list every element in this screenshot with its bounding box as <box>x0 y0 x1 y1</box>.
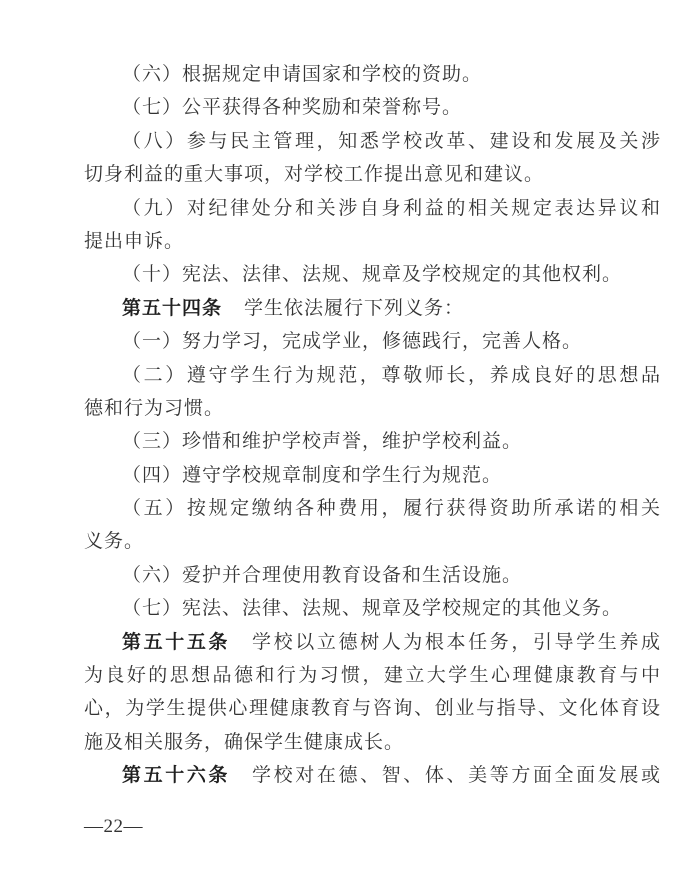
line-text: （一）努力学习，完成学业，修德践行，完善人格。 <box>122 331 582 352</box>
document-line: 义务。 <box>84 525 661 558</box>
document-line: （二）遵守学生行为规范，尊敬师长，养成良好的思想品 <box>84 359 661 392</box>
document-line: 为良好的思想品德和行为习惯，建立大学生心理健康教育与中 <box>84 659 661 692</box>
document-line: （七）宪法、法律、法规、规章及学校规定的其他义务。 <box>84 592 661 625</box>
line-text: 学校以立德树人为根本任务，引导学生养成 <box>252 632 661 653</box>
document-line: （三）珍惜和维护学校声誉，维护学校利益。 <box>84 425 661 458</box>
line-text: （七）宪法、法律、法规、规章及学校规定的其他义务。 <box>122 598 622 619</box>
article-number: 第五十六条 <box>122 765 230 786</box>
document-line: 心，为学生提供心理健康教育与咨询、创业与指导、文化体育设 <box>84 692 661 725</box>
document-line: （十）宪法、法律、法规、规章及学校规定的其他权利。 <box>84 258 661 291</box>
line-text: （八）参与民主管理，知悉学校改革、建设和发展及关涉 <box>122 131 661 152</box>
document-line: （八）参与民主管理，知悉学校改革、建设和发展及关涉 <box>84 125 661 158</box>
line-text: （二）遵守学生行为规范，尊敬师长，养成良好的思想品 <box>122 365 661 386</box>
line-text: 为良好的思想品德和行为习惯，建立大学生心理健康教育与中 <box>84 665 661 686</box>
line-text: 德和行为习惯。 <box>84 398 224 419</box>
line-text: 学生依法履行下列义务： <box>244 298 464 319</box>
document-line: 德和行为习惯。 <box>84 392 661 425</box>
document-line: 提出申诉。 <box>84 225 661 258</box>
document-line: 切身利益的重大事项，对学校工作提出意见和建议。 <box>84 158 661 191</box>
line-text: （四）遵守学校规章制度和学生行为规范。 <box>122 465 502 486</box>
line-text: （七）公平获得各种奖励和荣誉称号。 <box>122 97 462 118</box>
document-line: （七）公平获得各种奖励和荣誉称号。 <box>84 91 661 124</box>
document-line: 第五十五条学校以立德树人为根本任务，引导学生养成 <box>84 626 661 659</box>
document-line: （一）努力学习，完成学业，修德践行，完善人格。 <box>84 325 661 358</box>
line-text: 心，为学生提供心理健康教育与咨询、创业与指导、文化体育设 <box>84 698 661 719</box>
line-text: 切身利益的重大事项，对学校工作提出意见和建议。 <box>84 164 544 185</box>
line-text: 提出申诉。 <box>84 231 184 252</box>
line-text: （三）珍惜和维护学校声誉，维护学校利益。 <box>122 431 522 452</box>
line-text: （六）根据规定申请国家和学校的资助。 <box>122 64 482 85</box>
document-line: （六）根据规定申请国家和学校的资助。 <box>84 58 661 91</box>
article-number: 第五十五条 <box>122 632 230 653</box>
document-line: （六）爱护并合理使用教育设备和生活设施。 <box>84 559 661 592</box>
line-text: （九）对纪律处分和关涉自身利益的相关规定表达异议和 <box>122 198 661 219</box>
document-line: （五）按规定缴纳各种费用，履行获得资助所承诺的相关 <box>84 492 661 525</box>
document-line: （四）遵守学校规章制度和学生行为规范。 <box>84 459 661 492</box>
document-line: 第五十六条学校对在德、智、体、美等方面全面发展或 <box>84 759 661 792</box>
line-text: （五）按规定缴纳各种费用，履行获得资助所承诺的相关 <box>122 498 661 519</box>
document-line: 施及相关服务，确保学生健康成长。 <box>84 726 661 759</box>
line-text: 学校对在德、智、体、美等方面全面发展或 <box>252 765 661 786</box>
line-text: （六）爱护并合理使用教育设备和生活设施。 <box>122 565 522 586</box>
line-text: （十）宪法、法律、法规、规章及学校规定的其他权利。 <box>122 264 622 285</box>
line-text: 义务。 <box>84 531 144 552</box>
article-number: 第五十四条 <box>122 298 222 319</box>
line-text: 施及相关服务，确保学生健康成长。 <box>84 732 404 753</box>
document-body: （六）根据规定申请国家和学校的资助。 （七）公平获得各种奖励和荣誉称号。 （八）… <box>84 58 661 793</box>
document-page: （六）根据规定申请国家和学校的资助。 （七）公平获得各种奖励和荣誉称号。 （八）… <box>0 0 680 883</box>
document-line: （九）对纪律处分和关涉自身利益的相关规定表达异议和 <box>84 192 661 225</box>
page-number: —22— <box>84 816 143 838</box>
document-line: 第五十四条学生依法履行下列义务： <box>84 292 661 325</box>
